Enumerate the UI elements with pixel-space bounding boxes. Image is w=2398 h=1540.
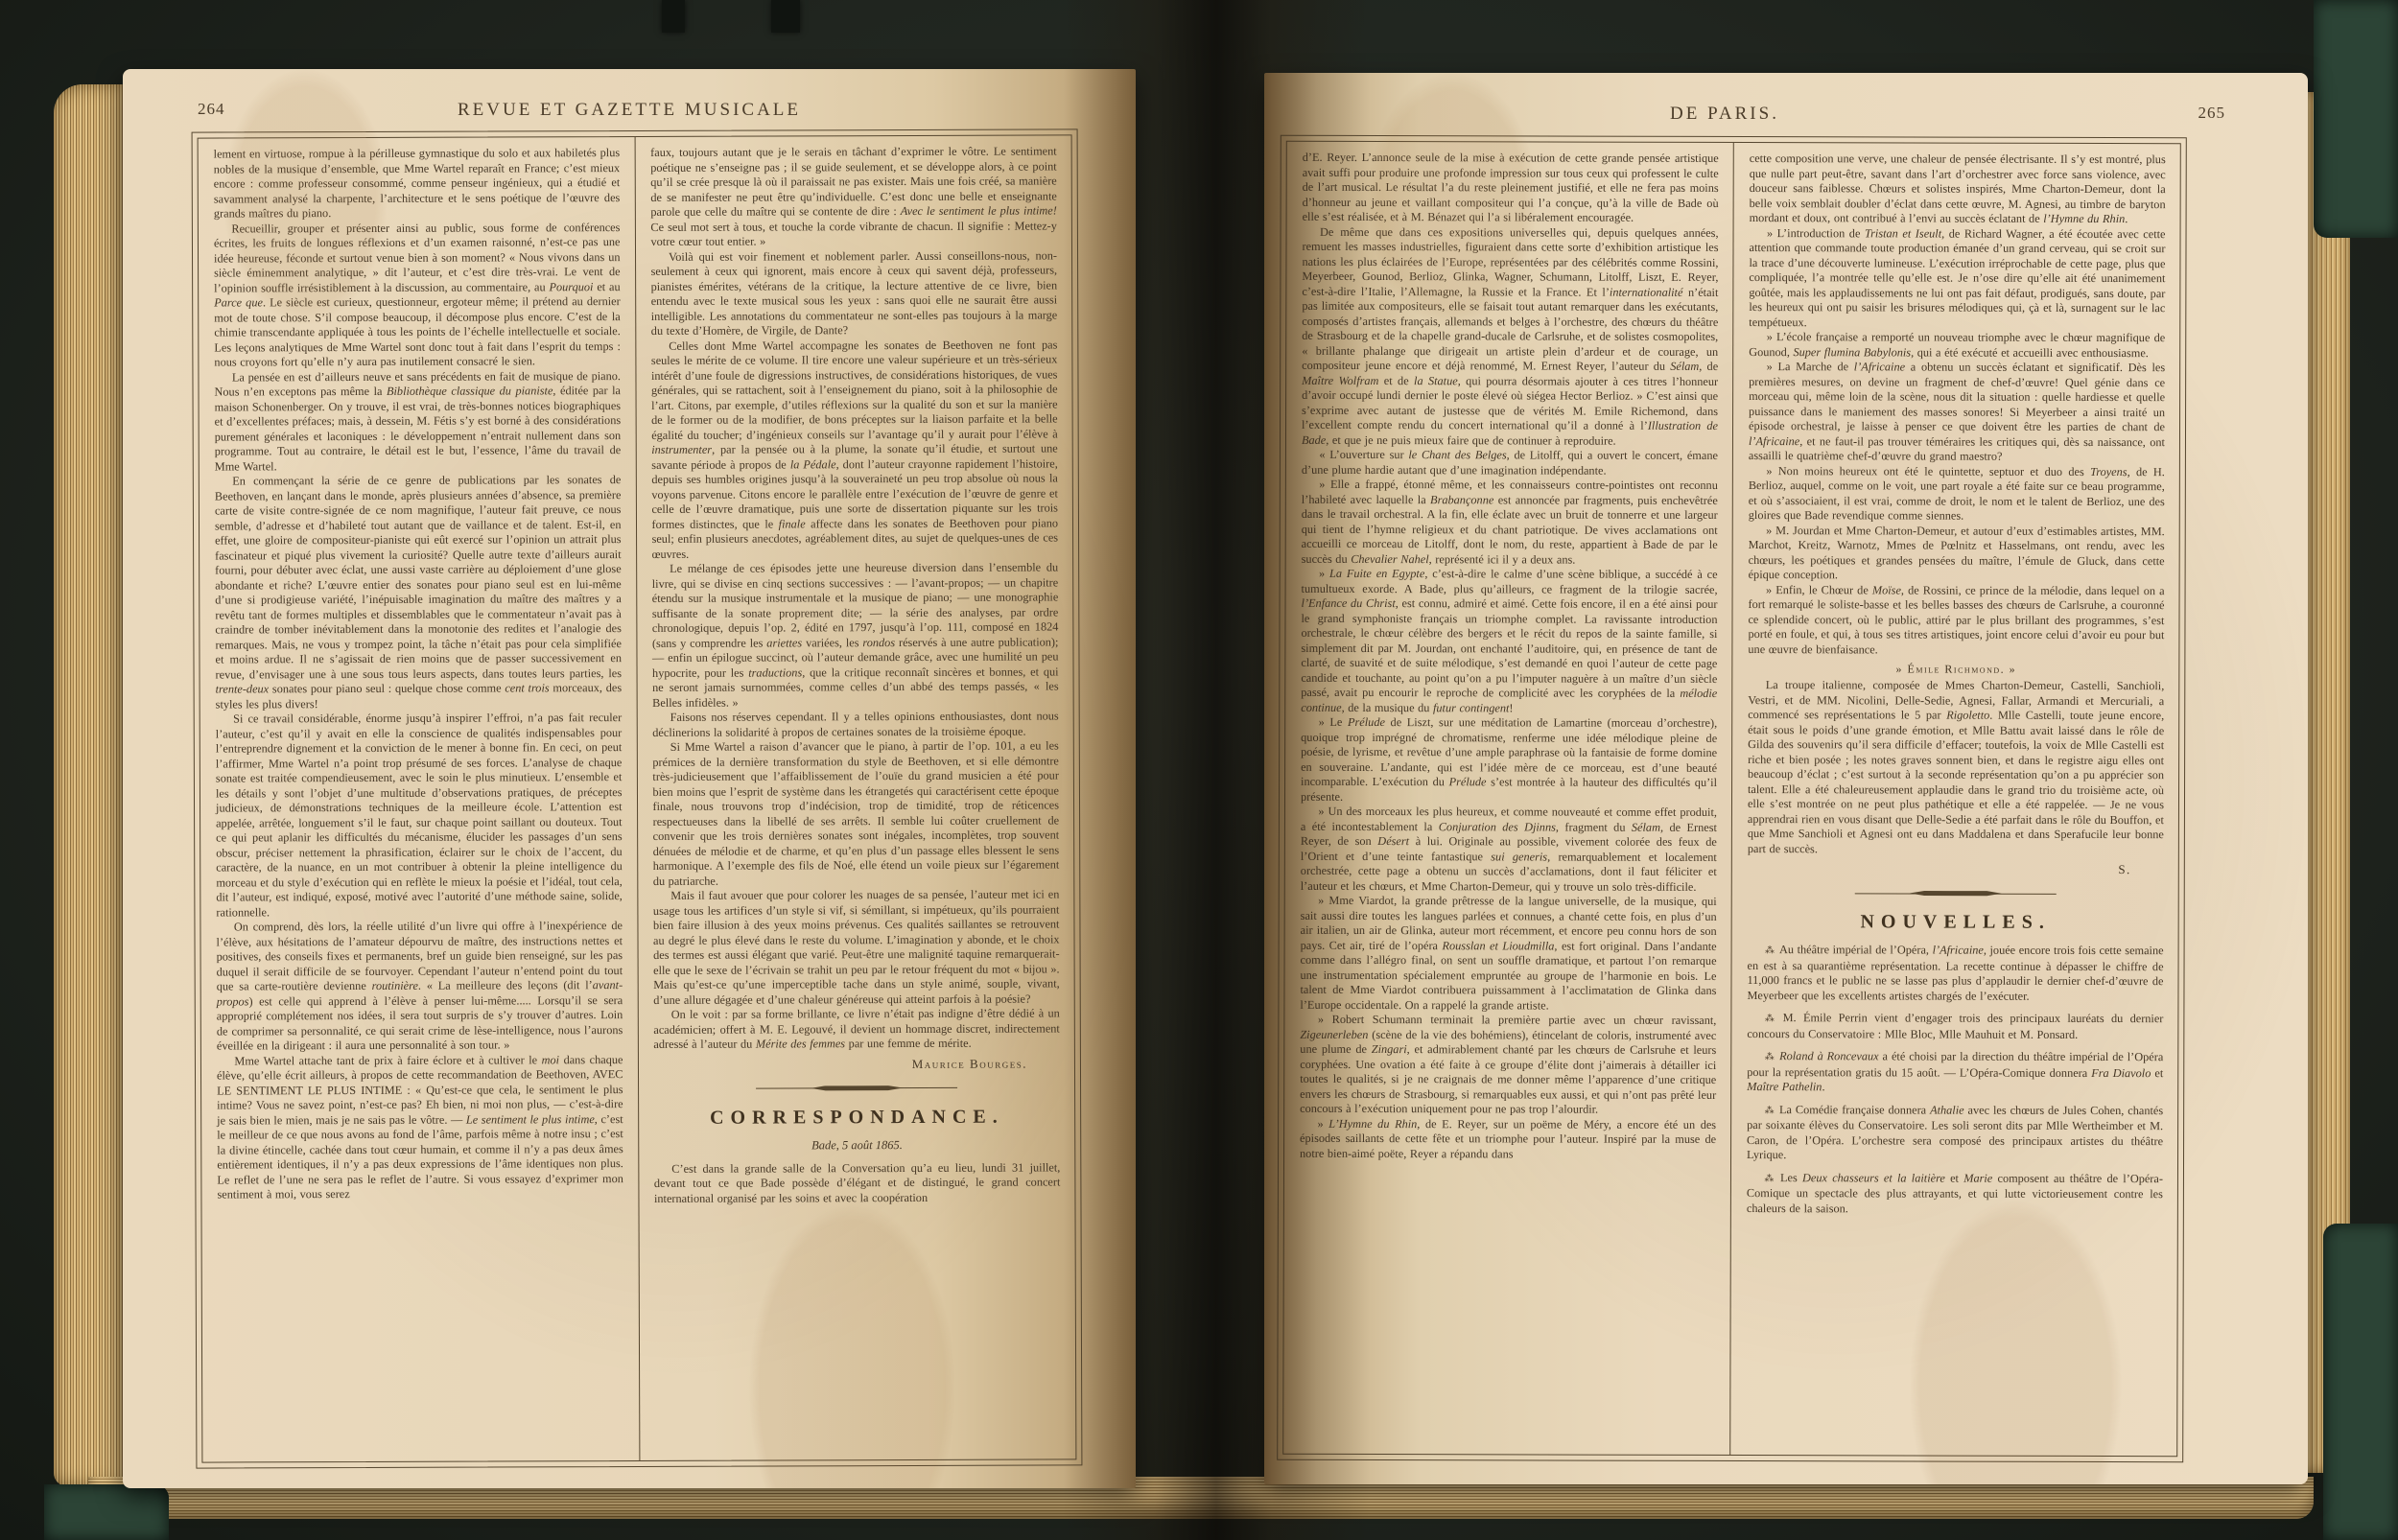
page-edges-left bbox=[54, 84, 129, 1486]
news-item: ⁂Roland à Roncevaux a été choisi par la … bbox=[1747, 1049, 2163, 1096]
paragraph: La troupe italienne, composée de Mmes Ch… bbox=[1748, 678, 2164, 857]
marbled-cover-corner-bottom-right bbox=[2323, 1224, 2398, 1540]
right-text-frame: d’E. Reyer. L’annonce seule de la mise à… bbox=[1277, 135, 2187, 1462]
news-item: ⁂Au théâtre impérial de l’Opéra, l’Afric… bbox=[1747, 943, 2163, 1004]
left-page-column-2: faux, toujours autant que je le serais e… bbox=[635, 135, 1075, 1460]
news-item: ⁂M. Émile Perrin vient d’engager trois d… bbox=[1747, 1011, 2163, 1042]
paragraph: » Mme Viardot, la grande prêtresse de la… bbox=[1300, 894, 1716, 1014]
right-text-frame-inner: d’E. Reyer. L’annonce seule de la mise à… bbox=[1282, 141, 2181, 1457]
paragraph: On comprend, dès lors, la réelle utilité… bbox=[216, 919, 623, 1054]
paragraph: Recueillir, grouper et présenter ainsi a… bbox=[214, 221, 621, 370]
right-page: DE PARIS. 265 d’E. Reyer. L’annonce seul… bbox=[1264, 73, 2308, 1484]
paragraph: On le voit : par sa forme brillante, ce … bbox=[653, 1006, 1060, 1052]
divider-diamond bbox=[811, 1085, 903, 1091]
asterism-mark: ⁂ bbox=[1764, 1174, 1775, 1184]
paragraph: » Non moins heureux ont été le quintette… bbox=[1749, 464, 2165, 525]
left-page: 264 REVUE ET GAZETTE MUSICALE lement en … bbox=[123, 69, 1136, 1488]
section-divider-rule bbox=[1855, 890, 2057, 897]
signature: » Émile Richmond. » bbox=[1748, 662, 2164, 677]
section-divider-rule bbox=[756, 1085, 957, 1091]
bookmark-ribbon bbox=[771, 0, 800, 33]
left-text-frame-inner: lement en virtuose, rompue à la périlleu… bbox=[198, 134, 1077, 1462]
left-page-header: 264 REVUE ET GAZETTE MUSICALE bbox=[123, 100, 1136, 128]
paragraph: Si Mme Wartel a raison d’avancer que le … bbox=[652, 738, 1059, 888]
paragraph: » L’introduction de Tristan et Iseult, d… bbox=[1749, 226, 2165, 332]
paragraph: Le mélange de ces épisodes jette une heu… bbox=[652, 560, 1059, 710]
paragraph: » La Fuite en Egypte, c’est-à-dire le ca… bbox=[1301, 567, 1717, 716]
paragraph: Voilà qui est voir finement et noblement… bbox=[651, 248, 1058, 338]
paragraph: » La Marche de l’Africaine a obtenu un s… bbox=[1749, 360, 2165, 465]
paragraph: cette composition une verve, une chaleur… bbox=[1750, 152, 2166, 227]
marbled-cover-corner-bottom-left bbox=[44, 1484, 169, 1540]
bookmark-ribbon bbox=[662, 0, 685, 33]
paragraph: » Elle a frappé, étonné même, et les con… bbox=[1302, 478, 1718, 568]
paragraph: Si ce travail considérable, énorme jusqu… bbox=[216, 711, 623, 920]
signature: S. bbox=[1748, 861, 2164, 877]
asterism-mark: ⁂ bbox=[1765, 1014, 1778, 1024]
running-title-right: DE PARIS. bbox=[1203, 104, 2246, 125]
asterism-mark: ⁂ bbox=[1765, 1052, 1775, 1062]
dateline: Bade, 5 août 1865. bbox=[654, 1137, 1061, 1153]
asterism-mark: ⁂ bbox=[1765, 945, 1775, 956]
section-heading: CORRESPONDANCE. bbox=[654, 1106, 1061, 1129]
news-item: ⁂La Comédie française donnera Athalie av… bbox=[1747, 1103, 2163, 1164]
left-text-frame: lement en virtuose, rompue à la périlleu… bbox=[192, 128, 1083, 1468]
page-number-right: 265 bbox=[2198, 104, 2226, 123]
right-page-column-1: d’E. Reyer. L’annonce seule de la mise à… bbox=[1283, 142, 1733, 1455]
paragraph: Mais il faut avouer que pour colorer les… bbox=[653, 887, 1060, 1007]
left-page-column-1: lement en virtuose, rompue à la périlleu… bbox=[199, 137, 639, 1462]
paragraph: » Enfin, le Chœur de Moïse, de Rossini, … bbox=[1748, 583, 2164, 659]
paragraph: La pensée en est d’ailleurs neuve et san… bbox=[214, 369, 621, 475]
section-heading: NOUVELLES. bbox=[1748, 911, 2164, 934]
marbled-cover-corner-top-right bbox=[2314, 0, 2398, 238]
running-title-left: REVUE ET GAZETTE MUSICALE bbox=[123, 100, 1136, 121]
divider-diamond bbox=[1910, 890, 2002, 896]
paragraph: En commençant la série de ce genre de pu… bbox=[215, 473, 622, 712]
paragraph: Mme Wartel attache tant de prix à faire … bbox=[217, 1053, 623, 1202]
paragraph: lement en virtuose, rompue à la périlleu… bbox=[214, 146, 621, 222]
paragraph: Celles dont Mme Wartel accompagne les so… bbox=[651, 338, 1058, 562]
paragraph: » Le Prélude de Liszt, sur une méditatio… bbox=[1301, 715, 1717, 805]
paragraph: faux, toujours autant que je le serais e… bbox=[650, 144, 1057, 249]
paragraph: De même que dans ces expositions univers… bbox=[1302, 224, 1719, 449]
paragraph: C’est dans la grande salle de la Convers… bbox=[654, 1160, 1061, 1206]
paragraph: » Robert Schumann terminait la première … bbox=[1300, 1013, 1716, 1118]
news-item: ⁂Les Deux chasseurs et la laitière et Ma… bbox=[1747, 1171, 2163, 1218]
paragraph: » L’Hymne du Rhin, de E. Reyer, sur un p… bbox=[1300, 1116, 1716, 1162]
right-page-header: DE PARIS. 265 bbox=[1264, 104, 2308, 132]
asterism-mark: ⁂ bbox=[1765, 1106, 1775, 1116]
right-page-column-2: cette composition une verve, une chaleur… bbox=[1730, 143, 2180, 1456]
paragraph: Faisons nos réserves cependant. Il y a t… bbox=[652, 709, 1059, 739]
signature: Maurice Bourges. bbox=[653, 1056, 1060, 1072]
paragraph: d’E. Reyer. L’annonce seule de la mise à… bbox=[1303, 151, 1719, 226]
paragraph: » L’école française a remporté un nouvea… bbox=[1749, 330, 2165, 361]
paragraph: « L’ouverture sur le Chant des Belges, d… bbox=[1302, 448, 1718, 478]
paragraph: » Un des morceaux les plus heureux, et c… bbox=[1301, 805, 1717, 895]
photo-of-open-journal: 264 REVUE ET GAZETTE MUSICALE lement en … bbox=[0, 0, 2398, 1540]
paragraph: » M. Jourdan et Mme Charton-Demeur, et a… bbox=[1749, 524, 2165, 584]
